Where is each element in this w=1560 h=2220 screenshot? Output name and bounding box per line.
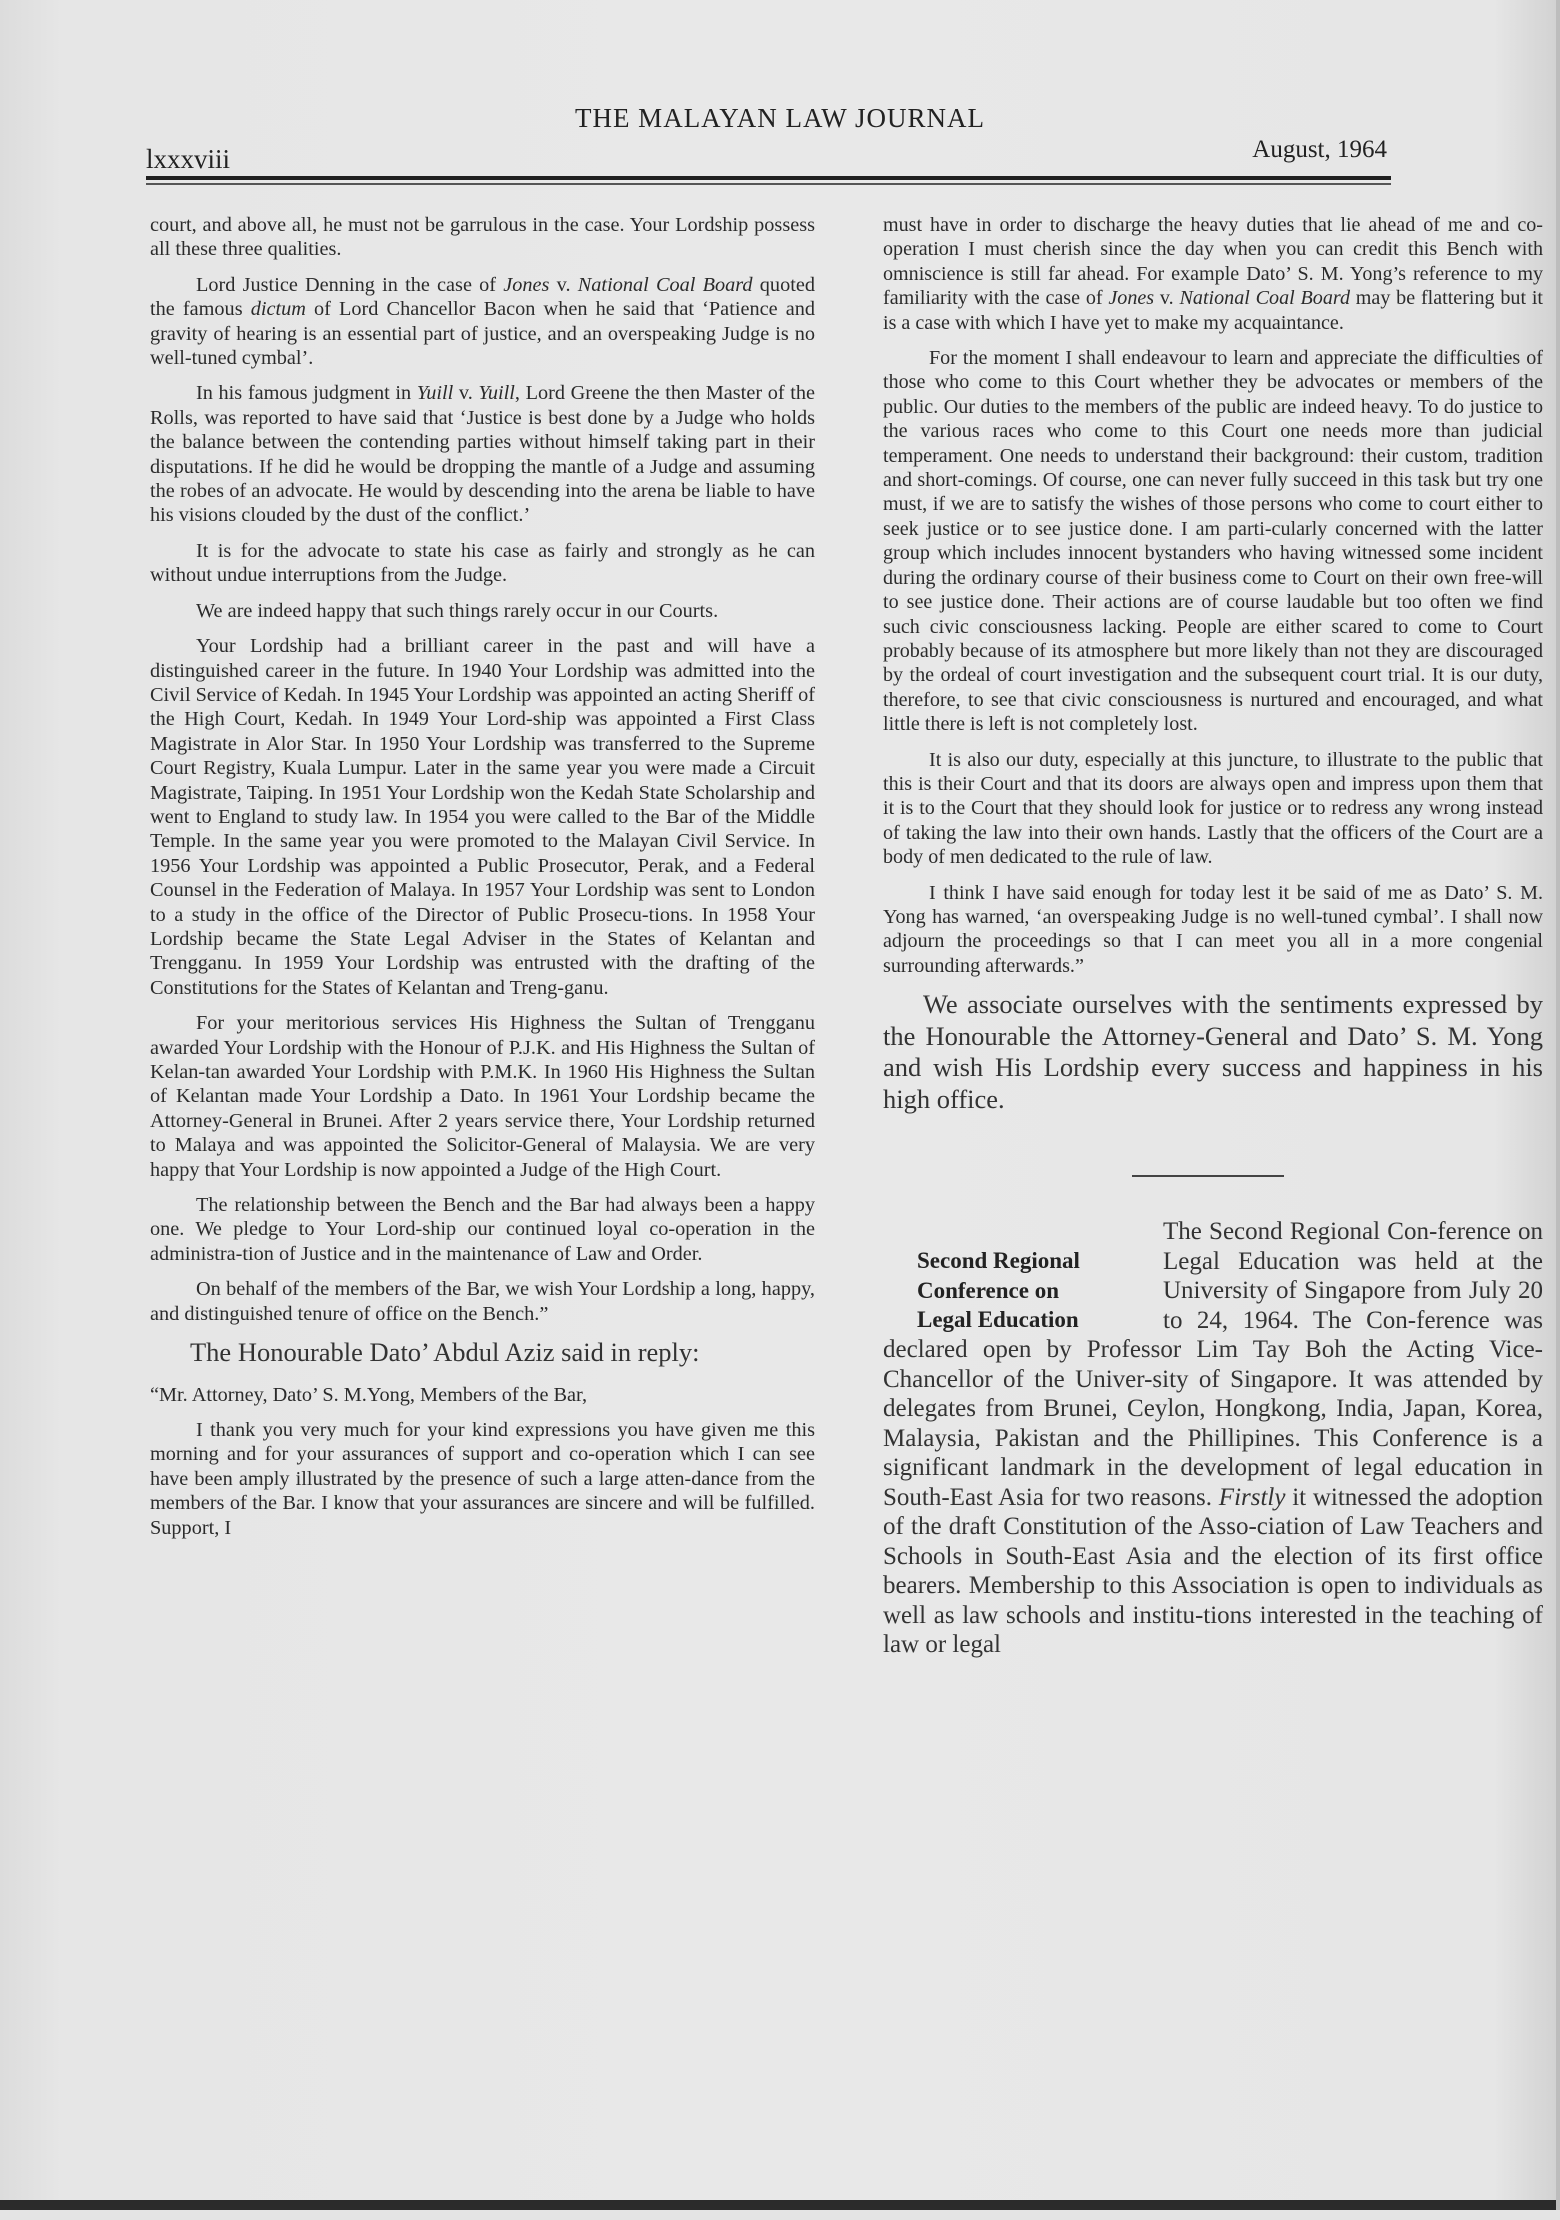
paragraph: We are indeed happy that such things rar… (150, 599, 815, 623)
paragraph: For your meritorious services His Highne… (150, 1011, 815, 1182)
issue-date: August, 1964 (1252, 136, 1387, 164)
header-rule-thick (146, 176, 1391, 180)
page-bottom-edge (0, 2200, 1556, 2210)
paragraph: For the moment I shall endeavour to lear… (883, 346, 1543, 737)
paragraph: It is for the advocate to state his case… (150, 539, 815, 588)
conference-article: Second Regional Conference on Legal Educ… (883, 1217, 1543, 1660)
conference-heading-line: Second Regional (917, 1246, 1153, 1276)
journal-page: THE MALAYAN LAW JOURNAL lxxxviii August,… (0, 0, 1560, 2210)
paragraph: Your Lordship had a brilliant career in … (150, 634, 815, 1000)
paragraph: must have in order to discharge the heav… (883, 213, 1543, 335)
journal-title: THE MALAYAN LAW JOURNAL (0, 103, 1560, 134)
closing-paragraph: We associate ourselves with the sentimen… (883, 989, 1543, 1115)
paragraph: The relationship between the Bench and t… (150, 1193, 815, 1266)
paragraph: I think I have said enough for today les… (883, 881, 1543, 979)
paragraph: In his famous judgment in Yuill v. Yuill… (150, 381, 815, 527)
conference-heading: Second Regional Conference on Legal Educ… (917, 1246, 1153, 1335)
paragraph: It is also our duty, especially at this … (883, 748, 1543, 870)
paragraph: Lord Justice Denning in the case of Jone… (150, 273, 815, 371)
paragraph: I thank you very much for your kind expr… (150, 1418, 815, 1540)
reply-heading: The Honourable Dato’ Abdul Aziz said in … (150, 1337, 815, 1369)
conference-heading-line: Legal Education (917, 1305, 1153, 1335)
page-number: lxxxviii (146, 144, 230, 175)
left-column: court, and above all, he must not be gar… (150, 213, 815, 1551)
paragraph: court, and above all, he must not be gar… (150, 213, 815, 262)
right-column: must have in order to discharge the heav… (883, 213, 1543, 1660)
salutation: “Mr. Attorney, Dato’ S. M.Yong, Members … (150, 1383, 815, 1407)
paragraph: On behalf of the members of the Bar, we … (150, 1277, 815, 1326)
header-rule-thin (146, 183, 1391, 185)
conference-heading-line: Conference on (917, 1276, 1153, 1306)
section-divider (1132, 1175, 1284, 1177)
